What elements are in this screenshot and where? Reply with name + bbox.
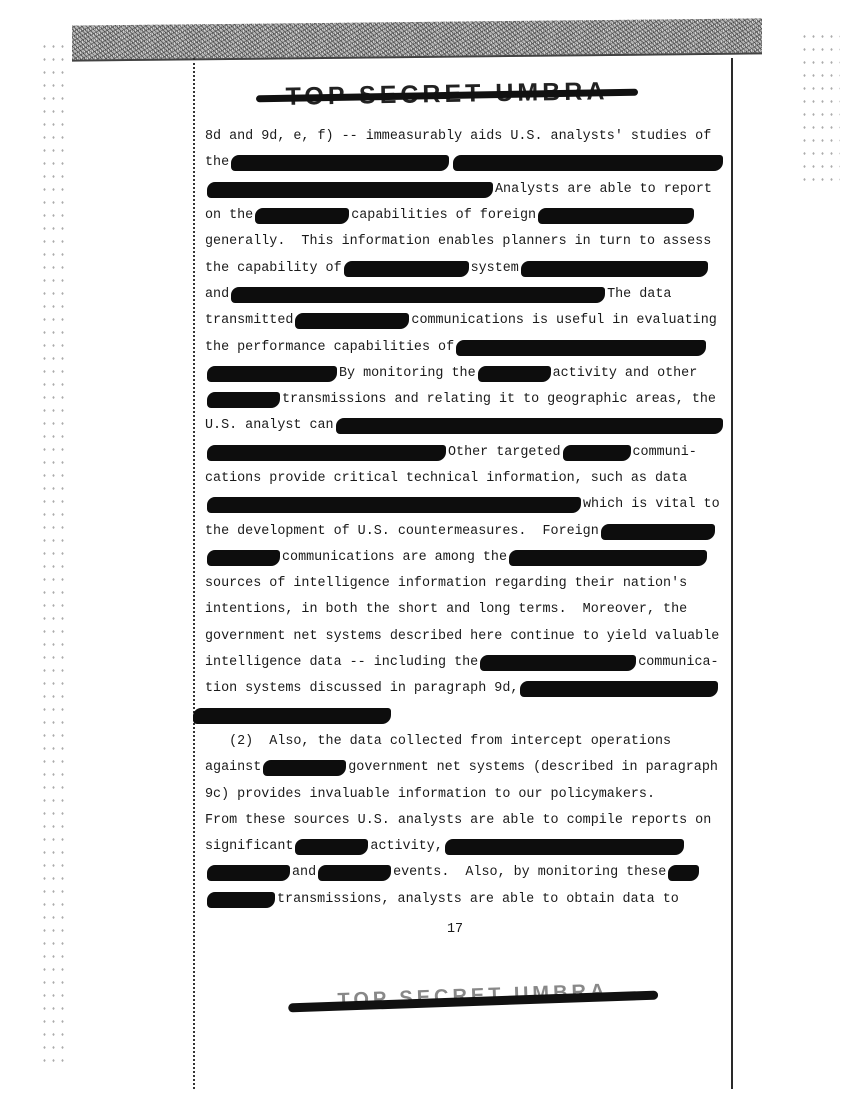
text-segment: government net systems (described in par… [348,755,718,781]
text-line: From these sources U.S. analysts are abl… [205,808,725,834]
redaction-bar [453,155,723,171]
redaction-bar [336,418,723,434]
text-segment: generally. This information enables plan… [205,229,711,255]
text-segment: 8d and 9d, e, f) -- immeasurably aids U.… [205,124,711,150]
text-segment: transmissions and relating it to geograp… [282,387,716,413]
redaction-bar [255,208,349,224]
redaction-bar [668,865,699,881]
redaction-bar [207,445,446,461]
text-segment: (2) Also, the data collected from interc… [205,729,671,755]
text-segment: Other targeted [448,440,561,466]
text-line: significantactivity, [205,834,725,860]
redaction-bar [456,340,706,356]
redaction-bar [295,313,409,329]
text-segment: activity, [370,834,442,860]
text-line: againstgovernment net systems (described… [205,755,725,781]
text-segment: which is vital to [583,492,720,518]
text-segment: intelligence data -- including the [205,650,478,676]
text-line: government net systems described here co… [205,624,725,650]
text-segment: the performance capabilities of [205,335,454,361]
redaction-bar [520,681,718,697]
text-segment: the [205,150,229,176]
header-classification-marking: TOP SECRET UMBRA [262,77,632,112]
text-segment: capabilities of foreign [351,203,536,229]
text-line: communications are among the [205,545,725,571]
redaction-bar [207,550,280,566]
redaction-bar [207,392,280,408]
redaction-bar [263,760,346,776]
redaction-bar [231,287,605,303]
text-line [191,703,725,729]
text-segment: the capability of [205,256,342,282]
text-segment: intentions, in both the short and long t… [205,597,687,623]
text-line: which is vital to [205,492,725,518]
text-segment: The data [607,282,671,308]
text-line: intentions, in both the short and long t… [205,597,725,623]
redaction-bar [538,208,694,224]
text-line: sources of intelligence information rega… [205,571,725,597]
text-segment: From these sources U.S. analysts are abl… [205,808,711,834]
redaction-bar [231,155,449,171]
text-segment: and [205,282,229,308]
redaction-bar [207,865,290,881]
redaction-bar [207,366,337,382]
text-segment: on the [205,203,253,229]
text-segment: events. Also, by monitoring these [393,860,666,886]
text-line: on thecapabilities of foreign [205,203,725,229]
redaction-bar [509,550,707,566]
text-line: U.S. analyst can [205,413,725,439]
text-line: By monitoring theactivity and other [205,361,725,387]
page-number: 17 [447,922,463,937]
text-line: the development of U.S. countermeasures.… [205,518,725,544]
text-line: Other targetedcommuni- [205,440,725,466]
text-line: cations provide critical technical infor… [205,466,725,492]
document-body: 8d and 9d, e, f) -- immeasurably aids U.… [205,124,725,913]
redaction-bar [445,839,684,855]
redaction-bar [480,655,636,671]
redaction-bar [601,524,715,540]
text-segment: cations provide critical technical infor… [205,466,687,492]
text-segment: Analysts are able to report [495,177,712,203]
text-segment: tion systems discussed in paragraph 9d, [205,676,518,702]
text-segment: activity and other [553,361,698,387]
text-line: 8d and 9d, e, f) -- immeasurably aids U.… [205,124,725,150]
text-line: the [205,150,725,176]
text-line: 9c) provides invaluable information to o… [205,781,725,807]
text-line: andThe data [205,282,725,308]
text-segment: significant [205,834,293,860]
text-segment: communications is useful in evaluating [411,308,716,334]
text-segment: communications are among the [282,545,507,571]
text-line: intelligence data -- including thecommun… [205,650,725,676]
text-line: the capability ofsystem [205,255,725,281]
redaction-bar [318,865,391,881]
text-segment: 9c) provides invaluable information to o… [205,782,655,808]
text-line: generally. This information enables plan… [205,229,725,255]
text-segment: against [205,755,261,781]
redaction-bar [295,839,368,855]
text-segment: system [471,256,519,282]
footer-classification-marking: TOP SECRET UMBRA [288,979,659,1016]
text-line: andevents. Also, by monitoring these [205,860,725,886]
redaction-bar [563,445,631,461]
redaction-bar [478,366,551,382]
text-segment: transmitted [205,308,293,334]
redaction-bar [193,708,391,724]
text-segment: By monitoring the [339,361,476,387]
text-segment: government net systems described here co… [205,624,719,650]
page-left-border [193,58,195,1089]
redaction-bar [207,892,275,908]
text-line: the performance capabilities of [205,334,725,360]
text-line: tion systems discussed in paragraph 9d, [205,676,725,702]
page-right-border [731,58,733,1089]
text-line: transmissions and relating it to geograp… [205,387,725,413]
text-segment: sources of intelligence information rega… [205,571,687,597]
text-segment: communi- [633,440,697,466]
text-segment: communica- [638,650,718,676]
redaction-bar [344,261,469,277]
scan-speckle-right [800,30,840,190]
scan-header-noise-band [72,18,762,61]
text-line: (2) Also, the data collected from interc… [205,729,725,755]
text-line: transmittedcommunications is useful in e… [205,308,725,334]
text-segment: and [292,860,316,886]
scan-speckle-left [40,40,70,1070]
text-segment: the development of U.S. countermeasures.… [205,519,599,545]
text-segment: U.S. analyst can [205,413,334,439]
text-segment: transmissions, analysts are able to obta… [277,887,679,913]
text-line: transmissions, analysts are able to obta… [205,887,725,913]
redaction-bar [521,261,708,277]
text-line: Analysts are able to report [205,177,725,203]
redaction-bar [207,497,581,513]
redaction-bar [207,182,493,198]
